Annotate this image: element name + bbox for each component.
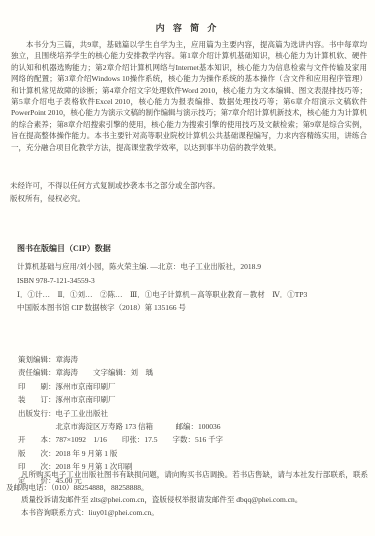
- book-copyright-page: 内 容 简 介 本书分为三篇，共9章，基础篇以学生自学为主，应用篇为主要内容，提…: [0, 0, 375, 536]
- pub-line-responsible-editor: 责任编辑：章海涛 文字编辑：刘 瑀: [18, 366, 367, 379]
- pub-line-edition: 版 次：2018 年 9 月第 1 版: [18, 447, 367, 460]
- summary-title: 内 容 简 介: [0, 21, 375, 34]
- cip-isbn: ISBN 978-7-121-34559-3: [17, 274, 367, 288]
- copyright-notice-line1: 未经许可，不得以任何方式复制或抄袭本书之部分或全部内容。: [10, 179, 365, 192]
- publication-info-section: 策划编辑：章海涛 责任编辑：章海涛 文字编辑：刘 瑀 印 刷：涿州市京南印刷厂 …: [18, 353, 367, 487]
- cip-heading: 图书在版编目（CIP）数据: [17, 243, 367, 254]
- copyright-notice: 未经许可，不得以任何方式复制或抄袭本书之部分或全部内容。 版权所有，侵权必究。: [10, 179, 365, 205]
- service-contact-email: 本书咨询联系方式：liuy01@phei.com.cn。: [6, 507, 368, 520]
- service-exchange-notice: 凡所购买电子工业出版社图书有缺损问题，请向购买书店调换。若书店售缺，请与本社发行…: [6, 469, 368, 494]
- pub-line-publisher: 出版发行：电子工业出版社: [18, 407, 367, 420]
- cip-record-number: 中国版本图书馆 CIP 数据核字（2018）第 135166 号: [17, 301, 367, 315]
- pub-line-format: 开 本：787×1092 1/16 印张：17.5 字数：516 千字: [18, 433, 367, 446]
- service-info-section: 凡所购买电子工业出版社图书有缺损问题，请向购买书店调换。若书店售缺，请与本社发行…: [6, 469, 368, 519]
- pub-line-printing: 印 刷：涿州市京南印刷厂: [18, 380, 367, 393]
- content-summary-section: 内 容 简 介 本书分为三篇，共9章，基础篇以学生自学为主，应用篇为主要内容，提…: [0, 21, 375, 153]
- pub-line-planning-editor: 策划编辑：章海涛: [18, 353, 367, 366]
- pub-line-binding: 装 订：涿州市京南印刷厂: [18, 393, 367, 406]
- cip-classification: Ⅰ．①计… Ⅱ．①刘… ②陈… Ⅲ．①电子计算机－高等职业教育－教材 Ⅳ．①TP…: [17, 288, 367, 302]
- copyright-notice-line2: 版权所有，侵权必究。: [10, 192, 365, 205]
- summary-paragraph: 本书分为三篇，共9章，基础篇以学生自学为主，应用篇为主要内容，提高篇为选讲内容。…: [11, 39, 367, 153]
- service-complaint-email: 质量投诉请发邮件至 zlts@phei.com.cn，盗版侵权举报请发邮件至 d…: [6, 494, 368, 507]
- cip-bibliography: 计算机基础与应用/刘小园，陈火荣主编. —北京：电子工业出版社，2018.9: [17, 260, 367, 274]
- cip-data-section: 图书在版编目（CIP）数据 计算机基础与应用/刘小园，陈火荣主编. —北京：电子…: [17, 243, 367, 315]
- pub-line-address: 北京市海淀区万寿路 173 信箱 邮编：100036: [18, 420, 367, 433]
